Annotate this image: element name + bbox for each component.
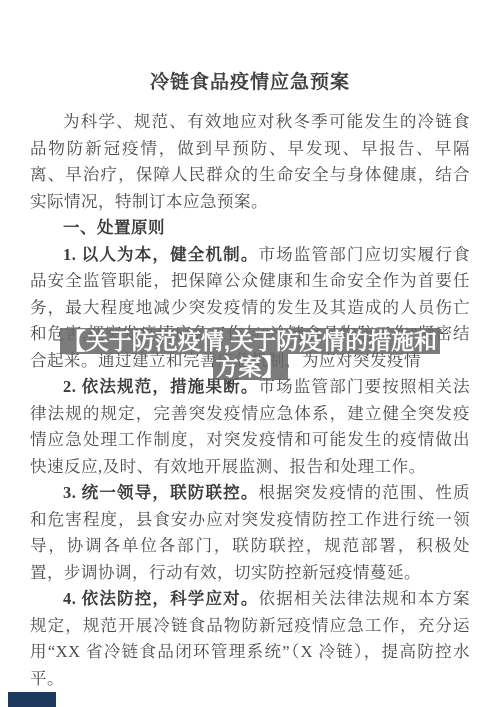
document-body: 为科学、规范、有效地应对秋冬季可能发生的冷链食品物防新冠疫情，做到早预防、早发现…	[30, 109, 470, 692]
paragraph-lead: 4. 依法防控，科学应对。	[63, 589, 259, 608]
heading-text: 一、处置原则	[63, 219, 165, 237]
document-title: 冷链食品疫情应急预案	[0, 70, 500, 96]
section-heading: 一、处置原则	[30, 215, 470, 242]
paragraph-text: 为科学、规范、有效地应对秋冬季可能发生的冷链食品物防新冠疫情，做到早预防、早发现…	[30, 112, 470, 211]
paragraph-intro: 为科学、规范、有效地应对秋冬季可能发生的冷链食品物防新冠疫情，做到早预防、早发现…	[30, 109, 470, 215]
document-page: 冷链食品疫情应急预案 为科学、规范、有效地应对秋冬季可能发生的冷链食品物防新冠疫…	[0, 0, 500, 707]
paragraph-principle-3: 3. 统一领导，联防联控。根据突发疫情的范围、性质和危害程度，县食安办应对突发疫…	[30, 480, 470, 586]
bottom-left-accent	[8, 692, 56, 707]
paragraph-principle-4: 4. 依法防控，科学应对。依据相关法律法规和本方案规定，规范开展冷链食品物防新冠…	[30, 586, 470, 692]
paragraph-principle-1: 1. 以人为本，健全机制。市场监管部门应切实履行食品安全监管职能，把保障公众健康…	[30, 242, 470, 375]
paragraph-principle-2: 2. 依法规范，措施果断。市场监管部门要按照相关法律法规的规定，完善突发疫情应急…	[30, 374, 470, 480]
paragraph-lead: 3. 统一领导，联防联控。	[63, 483, 259, 502]
paragraph-lead: 2. 依法规范，措施果断。	[63, 377, 259, 396]
paragraph-lead: 1. 以人为本，健全机制。	[63, 245, 259, 264]
